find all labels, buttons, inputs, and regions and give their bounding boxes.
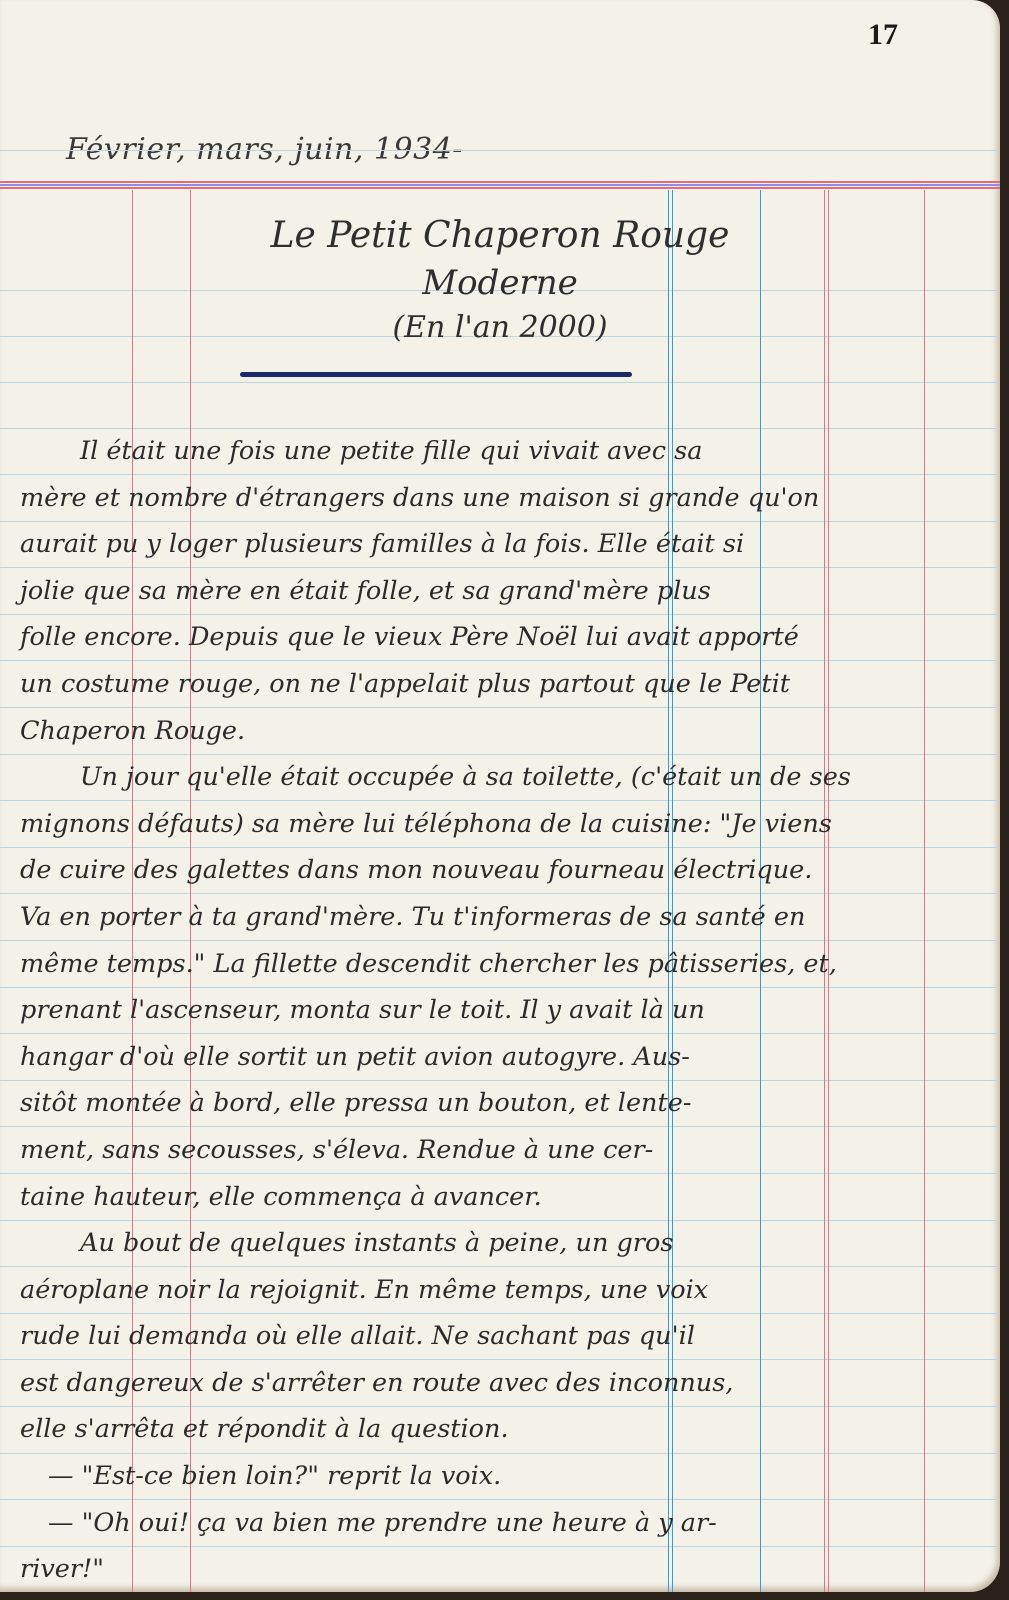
text-line: folle encore. Depuis que le vieux Père N…	[20, 614, 995, 661]
text-line: river!"	[20, 1546, 995, 1592]
text-line: Chaperon Rouge.	[20, 708, 995, 755]
text-line: même temps." La fillette descendit cherc…	[20, 941, 995, 988]
story-title: Le Petit Chaperon Rouge Moderne (En l'an…	[220, 212, 780, 350]
text-line: ment, sans secousses, s'éleva. Rendue à …	[20, 1127, 995, 1174]
text-line: Au bout de quelques instants à peine, un…	[20, 1220, 995, 1267]
title-line-2: Moderne	[220, 260, 780, 306]
header-rule	[0, 181, 1000, 190]
text-line: mère et nombre d'étrangers dans une mais…	[20, 475, 995, 522]
text-line: un costume rouge, on ne l'appelait plus …	[20, 661, 995, 708]
text-line: prenant l'ascenseur, monta sur le toit. …	[20, 987, 995, 1034]
ruled-line	[0, 150, 1000, 151]
text-line: taine hauteur, elle commença à avancer.	[20, 1174, 995, 1221]
text-line: est dangereux de s'arrêter en route avec…	[20, 1360, 995, 1407]
ruled-line	[0, 382, 1000, 383]
text-line: Il était une fois une petite fille qui v…	[20, 428, 995, 475]
text-line: Un jour qu'elle était occupée à sa toile…	[20, 754, 995, 801]
text-line: de cuire des galettes dans mon nouveau f…	[20, 847, 995, 894]
title-underline	[240, 372, 632, 377]
text-line: Va en porter à ta grand'mère. Tu t'infor…	[20, 894, 995, 941]
title-line-1: Le Petit Chaperon Rouge	[220, 212, 780, 260]
text-line: aéroplane noir la rejoignit. En même tem…	[20, 1267, 995, 1314]
text-line: hangar d'où elle sortit un petit avion a…	[20, 1034, 995, 1081]
text-line: aurait pu y loger plusieurs familles à l…	[20, 521, 995, 568]
text-line: — "Est-ce bien loin?" reprit la voix.	[20, 1453, 995, 1500]
text-line: jolie que sa mère en était folle, et sa …	[20, 568, 995, 615]
text-line: — "Oh oui! ça va bien me prendre une heu…	[20, 1500, 995, 1547]
title-line-3: (En l'an 2000)	[220, 306, 780, 350]
text-line: sitôt montée à bord, elle pressa un bout…	[20, 1080, 995, 1127]
notebook-page: 17 Février, mars, juin, 1934- Le Petit C…	[0, 0, 1000, 1592]
page-number: 17	[868, 18, 898, 52]
story-body: Il était une fois une petite fille qui v…	[20, 428, 995, 1592]
text-line: rude lui demanda où elle allait. Ne sach…	[20, 1313, 995, 1360]
text-line: mignons défauts) sa mère lui téléphona d…	[20, 801, 995, 848]
text-line: elle s'arrêta et répondit à la question.	[20, 1406, 995, 1453]
